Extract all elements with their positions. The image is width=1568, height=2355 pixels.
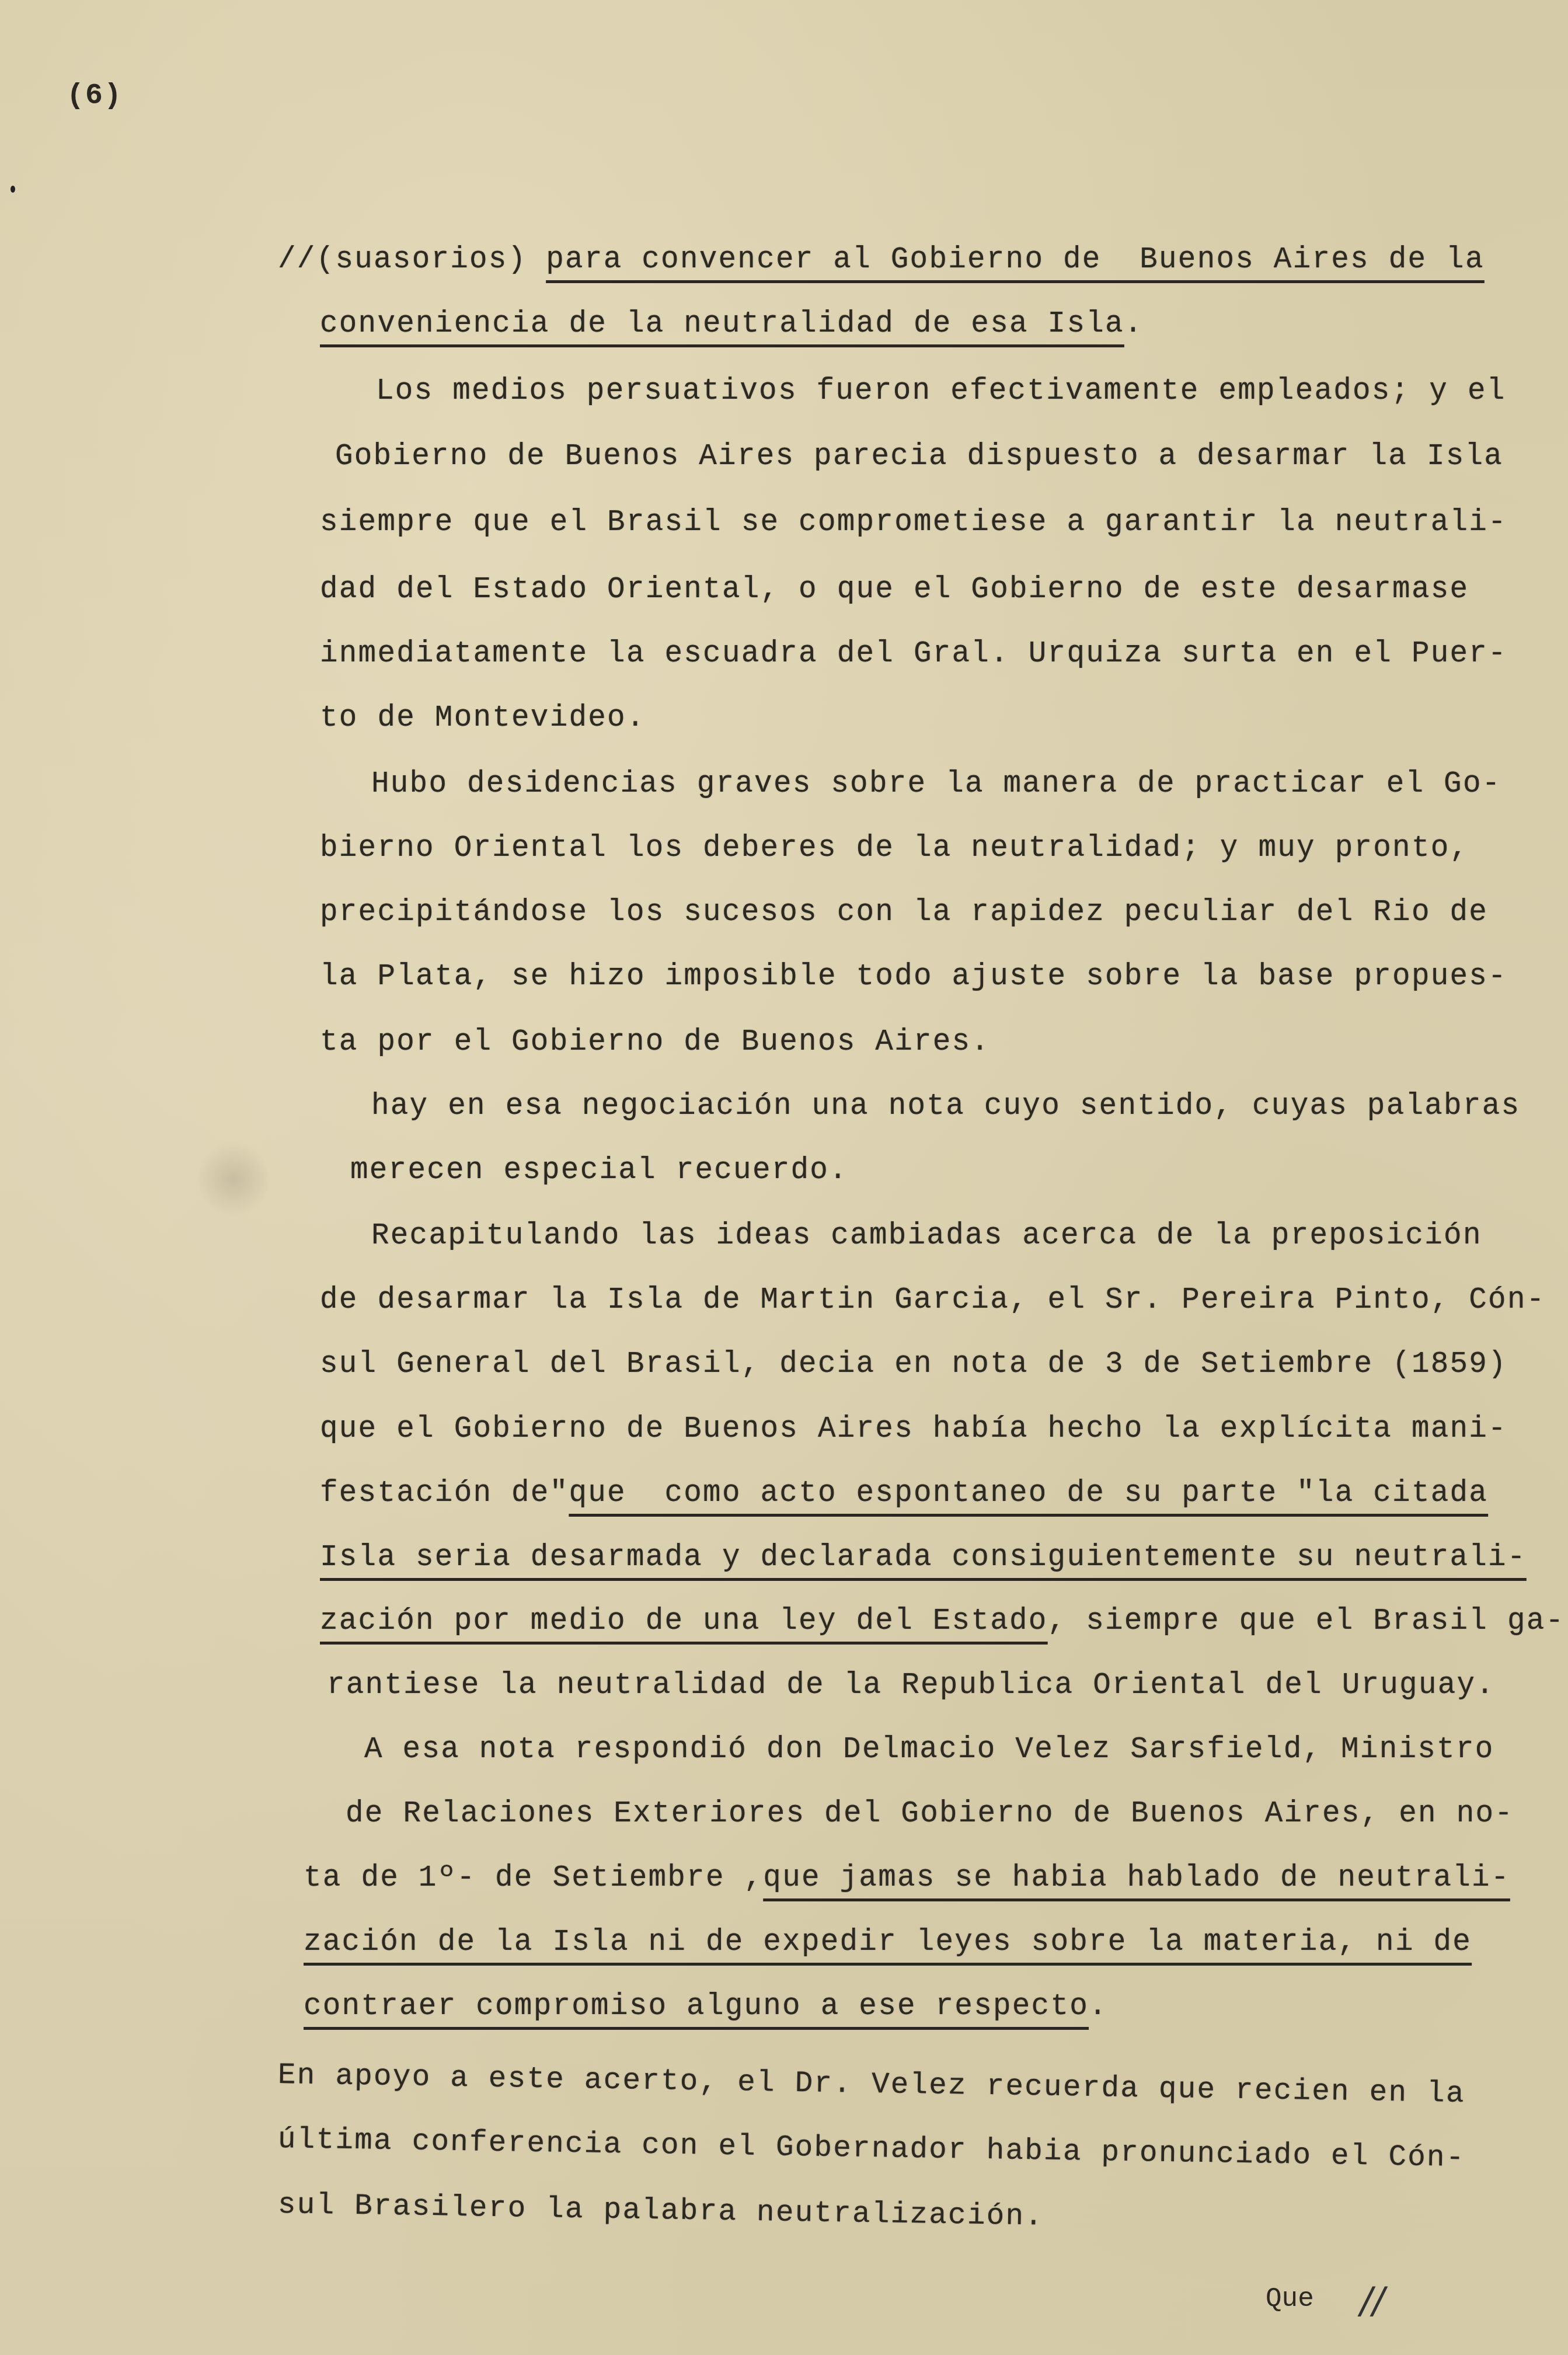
text-segment: //(suasorios) [278, 243, 546, 277]
underlined-text: que jamas se habia hablado de neutrali- [763, 1862, 1510, 1895]
text-line: ta de 1º- de Setiembre ,que jamas se hab… [304, 1863, 1510, 1893]
underlined-text: zación de la Isla ni de expedir leyes so… [304, 1926, 1472, 1959]
text-segment: En apoyo a este acerto, el Dr. Velez rec… [278, 2059, 1466, 2111]
text-line: Gobierno de Buenos Aires parecia dispues… [335, 442, 1503, 472]
text-segment: de desarmar la Isla de Martin Garcia, el… [320, 1284, 1546, 1317]
text-segment: de Relaciones Exteriores del Gobierno de… [346, 1797, 1514, 1831]
text-line: sul General del Brasil, decia en nota de… [320, 1350, 1507, 1379]
text-line: A esa nota respondió don Delmacio Velez … [364, 1735, 1494, 1765]
text-segment: merecen especial recuerdo. [350, 1154, 848, 1187]
text-segment: Hubo desidencias graves sobre la manera … [371, 768, 1501, 801]
text-segment: que el Gobierno de Buenos Aires había he… [320, 1413, 1507, 1446]
text-line: En apoyo a este acerto, el Dr. Velez rec… [278, 2061, 1465, 2109]
text-segment: inmediatamente la escuadra del Gral. Urq… [320, 637, 1507, 671]
text-segment: dad del Estado Oriental, o que el Gobier… [320, 573, 1469, 607]
text-line: siempre que el Brasil se comprometiese a… [320, 508, 1507, 538]
underlined-text: conveniencia de la neutralidad de esa Is… [320, 308, 1124, 341]
text-segment: ta por el Gobierno de Buenos Aires. [320, 1026, 990, 1059]
text-line: //(suasorios) para convencer al Gobierno… [278, 245, 1485, 275]
text-segment: siempre que el Brasil se comprometiese a… [320, 506, 1507, 539]
text-segment: . [1124, 308, 1144, 341]
text-segment: bierno Oriental los deberes de la neutra… [320, 832, 1469, 865]
underlined-text: que como acto espontaneo de su parte "la… [569, 1477, 1488, 1510]
text-line: inmediatamente la escuadra del Gral. Urq… [320, 639, 1507, 669]
text-line: Hubo desidencias graves sobre la manera … [371, 769, 1501, 799]
text-segment: Recapitulando las ideas cambiadas acerca… [371, 1220, 1482, 1253]
text-segment: A esa nota respondió don Delmacio Velez … [364, 1733, 1494, 1767]
page-number: (6) [67, 79, 123, 113]
text-line: de Relaciones Exteriores del Gobierno de… [346, 1799, 1514, 1829]
text-line: Recapitulando las ideas cambiadas acerca… [371, 1221, 1482, 1251]
text-line: hay en esa negociación una nota cuyo sen… [371, 1092, 1520, 1121]
text-line: zación por medio de una ley del Estado, … [320, 1607, 1564, 1636]
text-line: merecen especial recuerdo. [350, 1156, 848, 1186]
text-line: rantiese la neutralidad de la Republica … [327, 1671, 1495, 1701]
document-page: (6) //(suasorios) para convencer al Gobi… [0, 0, 1568, 2355]
underlined-text: para convencer al Gobierno de Buenos Air… [546, 243, 1484, 277]
paper-mark [11, 186, 15, 193]
text-line: Isla seria desarmada y declarada consigu… [320, 1543, 1527, 1573]
text-segment: sul General del Brasil, decia en nota de… [320, 1348, 1507, 1381]
text-segment: hay en esa negociación una nota cuyo sen… [371, 1090, 1520, 1123]
underlined-text: Isla seria desarmada y declarada consigu… [320, 1541, 1527, 1574]
text-line: que el Gobierno de Buenos Aires había he… [320, 1415, 1507, 1444]
text-segment: última conferencia con el Gobernador hab… [278, 2123, 1466, 2175]
text-segment: sul Brasilero la palabra neutralización. [278, 2189, 1044, 2234]
ink-smudge [198, 1138, 269, 1220]
underlined-text: contraer compromiso alguno a ese respect… [304, 1990, 1089, 2023]
text-segment: rantiese la neutralidad de la Republica … [327, 1669, 1495, 1702]
text-line: de desarmar la Isla de Martin Garcia, el… [320, 1286, 1546, 1315]
text-segment: Los medios persuativos fueron efectivame… [376, 375, 1506, 408]
continuation-mark: // [1360, 2279, 1385, 2322]
text-line: contraer compromiso alguno a ese respect… [304, 1992, 1108, 2022]
text-segment: to de Montevideo. [320, 702, 646, 735]
text-line: to de Montevideo. [320, 703, 646, 733]
text-segment: , siempre que el Brasil ga- [1048, 1605, 1565, 1638]
text-line: dad del Estado Oriental, o que el Gobier… [320, 575, 1469, 605]
text-segment: precipitándose los sucesos con la rapide… [320, 896, 1488, 929]
text-segment: ta de 1º- de Setiembre , [304, 1862, 763, 1895]
text-segment: . [1089, 1990, 1108, 2023]
text-line: la Plata, se hizo imposible todo ajuste … [320, 962, 1507, 992]
text-line: última conferencia con el Gobernador hab… [278, 2125, 1465, 2173]
catchword: Que [1266, 2284, 1314, 2314]
text-line: festación de"que como acto espontaneo de… [320, 1479, 1488, 1509]
underlined-text: zación por medio de una ley del Estado [320, 1605, 1048, 1638]
text-line: sul Brasilero la palabra neutralización. [278, 2190, 1044, 2232]
text-line: ta por el Gobierno de Buenos Aires. [320, 1027, 990, 1057]
text-line: bierno Oriental los deberes de la neutra… [320, 834, 1469, 863]
text-segment: Gobierno de Buenos Aires parecia dispues… [335, 440, 1503, 473]
text-line: conveniencia de la neutralidad de esa Is… [320, 309, 1144, 339]
text-segment: la Plata, se hizo imposible todo ajuste … [320, 960, 1507, 994]
text-segment: festación de" [320, 1477, 569, 1510]
text-line: zación de la Isla ni de expedir leyes so… [304, 1928, 1472, 1957]
text-line: precipitándose los sucesos con la rapide… [320, 898, 1488, 928]
text-line: Los medios persuativos fueron efectivame… [376, 377, 1506, 406]
